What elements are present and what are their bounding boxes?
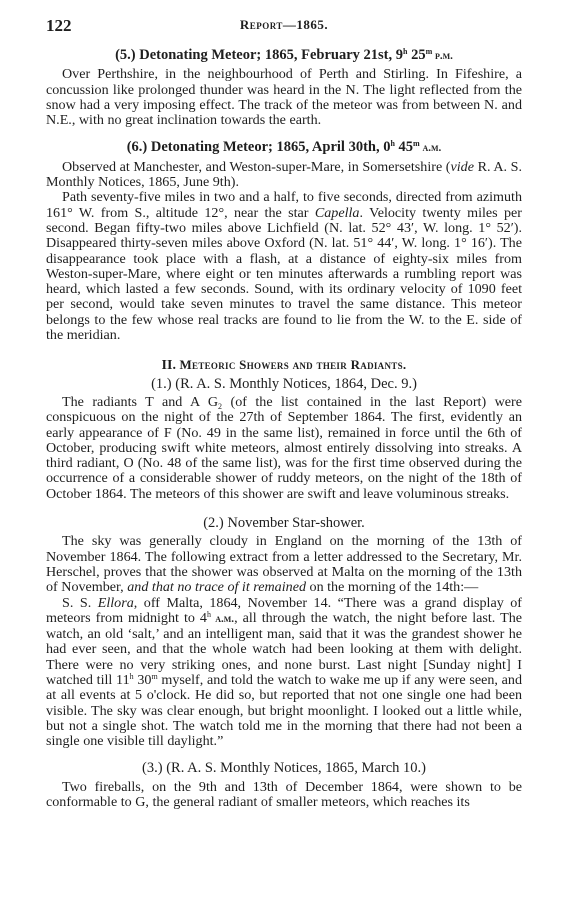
text: on the morning of the 14th:— [306, 579, 478, 595]
time-period: a.m. [420, 142, 442, 154]
italic-text: Ellora [98, 595, 134, 611]
page-body: (5.) Detonating Meteor; 1865, February 2… [46, 48, 522, 810]
heading-text: 25 [407, 47, 425, 63]
text: . Velocity twenty miles per second. Bega… [46, 205, 522, 343]
time-period: p.m. [432, 50, 453, 62]
book-page: 122 Report—1865. (5.) Detonating Meteor;… [0, 0, 566, 910]
subsection-heading-1: (1.) (R. A. S. Monthly Notices, 1864, De… [46, 377, 522, 392]
part-numeral: II. [162, 358, 180, 373]
italic-text: Capella [315, 205, 360, 221]
paragraph: Two fireballs, on the 9th and 13th of De… [46, 780, 522, 811]
text: Observed at Manchester, and Weston-super… [62, 159, 451, 175]
part-title-text: Meteoric Showers and their Radiants. [179, 357, 406, 372]
italic-text: vide [451, 159, 474, 175]
running-title: Report—1865. [46, 17, 522, 34]
paragraph: The sky was generally cloudy in England … [46, 534, 522, 595]
heading-text: 45 [395, 139, 413, 155]
heading-text: (5.) Detonating Meteor; 1865, February 2… [115, 47, 403, 63]
page-header: 122 Report—1865. [46, 16, 522, 40]
text: (of the list contained in the last Repor… [46, 394, 522, 502]
paragraph: Observed at Manchester, and Weston-super… [46, 160, 522, 191]
time-period: a.m. [211, 613, 234, 625]
heading-text: (6.) Detonating Meteor; 1865, April 30th… [127, 139, 391, 155]
paragraph: Path seventy-five miles in two and a hal… [46, 190, 522, 343]
part-title: II. Meteoric Showers and their Radiants. [46, 357, 522, 373]
paragraph: The radiants T and A G2 (of the list con… [46, 395, 522, 502]
section-heading-6: (6.) Detonating Meteor; 1865, April 30th… [46, 140, 522, 156]
text: 30 [134, 672, 152, 688]
subsection-heading-3: (3.) (R. A. S. Monthly Notices, 1865, Ma… [46, 761, 522, 776]
text: S. S. [62, 595, 98, 611]
subsection-heading-2: (2.) November Star-shower. [46, 516, 522, 531]
section-heading-5: (5.) Detonating Meteor; 1865, February 2… [46, 48, 522, 64]
minute-superscript: m [413, 139, 420, 148]
italic-text: and that no trace of it remained [127, 579, 306, 595]
paragraph: S. S. Ellora, off Malta, 1864, November … [46, 596, 522, 750]
paragraph: Over Perthshire, in the neighbourhood of… [46, 67, 522, 128]
text: The radiants T and A G [62, 394, 218, 410]
